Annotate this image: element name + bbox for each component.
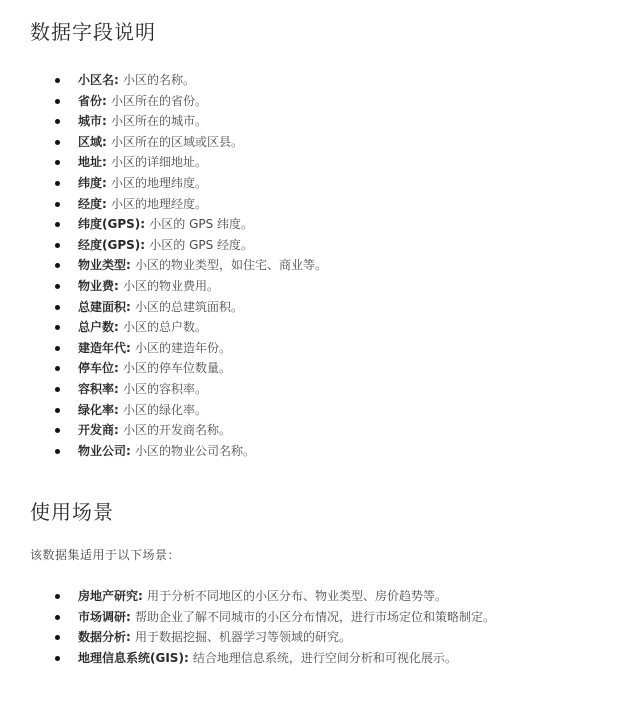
field-term: 纬度 — [78, 176, 102, 190]
bullet-icon — [55, 387, 60, 392]
separator: : — [114, 382, 123, 396]
bullet-icon — [55, 119, 60, 124]
separator: : — [114, 361, 123, 375]
field-desc: 小区的详细地址。 — [111, 155, 207, 169]
list-item: 建造年代: 小区的建造年份。 — [0, 338, 327, 359]
bullet-icon — [55, 78, 60, 83]
usage-term: 房地产研究 — [78, 589, 138, 603]
list-item: 经度(GPS): 小区的 GPS 经度。 — [0, 235, 327, 256]
separator: : — [126, 258, 135, 272]
bullet-icon — [55, 656, 60, 661]
field-term: 建造年代 — [78, 341, 126, 355]
separator: : — [114, 403, 123, 417]
separator: : — [114, 73, 123, 87]
field-desc: 小区的建造年份。 — [135, 341, 231, 355]
bullet-icon — [55, 305, 60, 310]
bullet-icon — [55, 222, 60, 227]
list-item: 市场调研: 帮助企业了解不同城市的小区分布情况，进行市场定位和策略制定。 — [0, 607, 495, 628]
separator: : — [140, 238, 149, 252]
field-term: 区域 — [78, 135, 102, 149]
field-term: 总建面积 — [78, 300, 126, 314]
bullet-icon — [55, 140, 60, 145]
list-item: 地址: 小区的详细地址。 — [0, 152, 327, 173]
usage-term: 地理信息系统(GIS) — [78, 651, 184, 665]
separator: : — [102, 155, 111, 169]
fields-list: 小区名: 小区的名称。 省份: 小区所在的省份。 城市: 小区所在的城市。 区域… — [0, 70, 327, 461]
bullet-icon — [55, 99, 60, 104]
bullet-icon — [55, 325, 60, 330]
usage-term: 市场调研 — [78, 610, 126, 624]
usage-desc: 用于数据挖掘、机器学习等领域的研究。 — [135, 630, 351, 644]
list-item: 物业类型: 小区的物业类型，如住宅、商业等。 — [0, 255, 327, 276]
field-desc: 小区的地理经度。 — [111, 197, 207, 211]
separator: : — [102, 197, 111, 211]
field-desc: 小区的开发商名称。 — [123, 423, 231, 437]
bullet-icon — [55, 428, 60, 433]
list-item: 房地产研究: 用于分析不同地区的小区分布、物业类型、房价趋势等。 — [0, 586, 495, 607]
list-item: 城市: 小区所在的城市。 — [0, 111, 327, 132]
field-desc: 小区的 GPS 经度。 — [149, 238, 253, 252]
bullet-icon — [55, 202, 60, 207]
list-item: 区域: 小区所在的区域或区县。 — [0, 132, 327, 153]
separator: : — [102, 94, 111, 108]
separator: : — [138, 589, 147, 603]
field-term: 地址 — [78, 155, 102, 169]
separator: : — [126, 630, 135, 644]
separator: : — [140, 217, 149, 231]
list-item: 总建面积: 小区的总建筑面积。 — [0, 297, 327, 318]
usage-desc: 结合地理信息系统，进行空间分析和可视化展示。 — [193, 651, 457, 665]
field-term: 城市 — [78, 114, 102, 128]
separator: : — [126, 610, 135, 624]
field-term: 物业类型 — [78, 258, 126, 272]
separator: : — [126, 300, 135, 314]
field-term: 总户数 — [78, 320, 114, 334]
field-desc: 小区所在的区域或区县。 — [111, 135, 243, 149]
bullet-icon — [55, 408, 60, 413]
bullet-icon — [55, 366, 60, 371]
field-desc: 小区的停车位数量。 — [123, 361, 231, 375]
field-term: 物业费 — [78, 279, 114, 293]
bullet-icon — [55, 284, 60, 289]
separator: : — [126, 341, 135, 355]
separator: : — [126, 444, 135, 458]
field-term: 纬度(GPS) — [78, 217, 140, 231]
usage-section-title: 使用场景 — [30, 496, 114, 525]
separator: : — [102, 176, 111, 190]
list-item: 物业费: 小区的物业费用。 — [0, 276, 327, 297]
field-desc: 小区的总建筑面积。 — [135, 300, 243, 314]
usage-desc: 用于分析不同地区的小区分布、物业类型、房价趋势等。 — [147, 589, 447, 603]
bullet-icon — [55, 635, 60, 640]
bullet-icon — [55, 615, 60, 620]
field-desc: 小区的物业费用。 — [123, 279, 219, 293]
field-term: 经度 — [78, 197, 102, 211]
list-item: 物业公司: 小区的物业公司名称。 — [0, 441, 327, 462]
list-item: 容积率: 小区的容积率。 — [0, 379, 327, 400]
field-desc: 小区的名称。 — [123, 73, 195, 87]
field-desc: 小区的总户数。 — [123, 320, 207, 334]
field-term: 停车位 — [78, 361, 114, 375]
field-desc: 小区所在的城市。 — [111, 114, 207, 128]
list-item: 停车位: 小区的停车位数量。 — [0, 358, 327, 379]
separator: : — [102, 114, 111, 128]
field-term: 小区名 — [78, 73, 114, 87]
field-term: 容积率 — [78, 382, 114, 396]
list-item: 数据分析: 用于数据挖掘、机器学习等领域的研究。 — [0, 627, 495, 648]
field-desc: 小区的地理纬度。 — [111, 176, 207, 190]
usage-intro: 该数据集适用于以下场景： — [30, 546, 180, 563]
list-item: 绿化率: 小区的绿化率。 — [0, 400, 327, 421]
field-term: 经度(GPS) — [78, 238, 140, 252]
field-desc: 小区的容积率。 — [123, 382, 207, 396]
list-item: 纬度(GPS): 小区的 GPS 纬度。 — [0, 214, 327, 235]
list-item: 纬度: 小区的地理纬度。 — [0, 173, 327, 194]
field-term: 省份 — [78, 94, 102, 108]
bullet-icon — [55, 160, 60, 165]
bullet-icon — [55, 449, 60, 454]
bullet-icon — [55, 263, 60, 268]
field-desc: 小区所在的省份。 — [111, 94, 207, 108]
usage-list: 房地产研究: 用于分析不同地区的小区分布、物业类型、房价趋势等。 市场调研: 帮… — [0, 586, 495, 668]
separator: : — [102, 135, 111, 149]
field-desc: 小区的物业类型，如住宅、商业等。 — [135, 258, 327, 272]
field-term: 绿化率 — [78, 403, 114, 417]
list-item: 小区名: 小区的名称。 — [0, 70, 327, 91]
bullet-icon — [55, 594, 60, 599]
field-term: 开发商 — [78, 423, 114, 437]
field-desc: 小区的绿化率。 — [123, 403, 207, 417]
field-desc: 小区的物业公司名称。 — [135, 444, 255, 458]
field-term: 物业公司 — [78, 444, 126, 458]
separator: : — [114, 279, 123, 293]
list-item: 省份: 小区所在的省份。 — [0, 91, 327, 112]
list-item: 开发商: 小区的开发商名称。 — [0, 420, 327, 441]
separator: : — [184, 651, 193, 665]
separator: : — [114, 320, 123, 334]
bullet-icon — [55, 346, 60, 351]
list-item: 总户数: 小区的总户数。 — [0, 317, 327, 338]
usage-desc: 帮助企业了解不同城市的小区分布情况，进行市场定位和策略制定。 — [135, 610, 495, 624]
usage-term: 数据分析 — [78, 630, 126, 644]
field-desc: 小区的 GPS 纬度。 — [149, 217, 253, 231]
fields-section-title: 数据字段说明 — [30, 16, 156, 45]
bullet-icon — [55, 243, 60, 248]
bullet-icon — [55, 181, 60, 186]
list-item: 地理信息系统(GIS): 结合地理信息系统，进行空间分析和可视化展示。 — [0, 648, 495, 669]
list-item: 经度: 小区的地理经度。 — [0, 194, 327, 215]
separator: : — [114, 423, 123, 437]
